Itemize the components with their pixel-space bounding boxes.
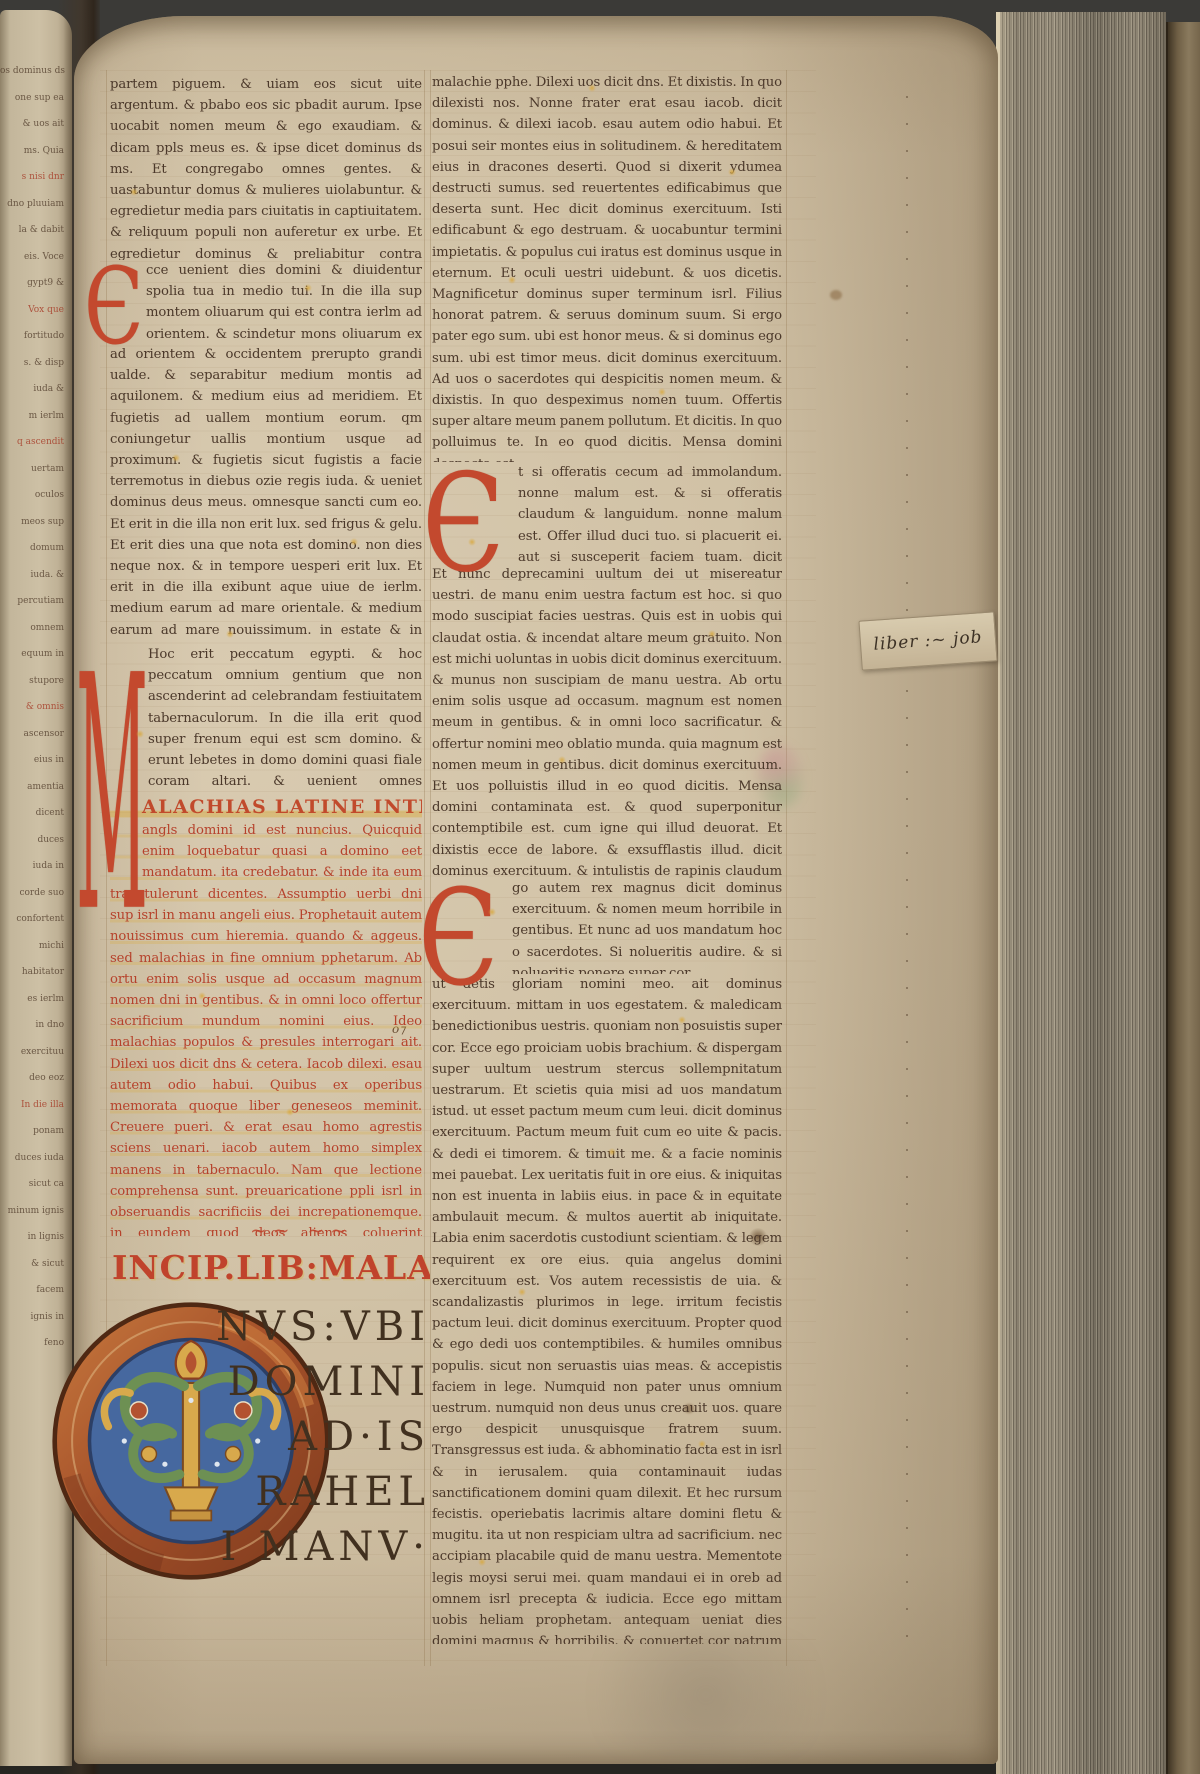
body-text: ut detis gloriam nomini meo. ait dominus…: [432, 974, 782, 1644]
manuscript-photo: os dominus dsone sup ea& uos aitms. Quia…: [0, 0, 1200, 1774]
display-line: RAHEL: [110, 1465, 430, 1520]
rubric-squiggle: ~~ ~~: [250, 1220, 353, 1241]
drop-cap-e: Є: [418, 872, 498, 1004]
body-text: Hoc erit peccatum egypti. & hoc peccatum…: [110, 644, 422, 794]
drop-cap-e: Є: [84, 254, 144, 360]
display-line: NVS:VBI: [110, 1300, 430, 1355]
incipit-title: INCIP.LIB:MALACHIE.: [112, 1246, 430, 1290]
rubric-heading: ALACHIAS LATINE INTERPRETATUR: [110, 794, 422, 820]
book-fore-edge: [998, 12, 1166, 1774]
drop-cap-m: M: [76, 634, 148, 957]
pricking-marks: [906, 96, 908, 1644]
body-text: ad orientem & occidentem prerupto grandi…: [110, 344, 422, 644]
index-tab: liber :~ job: [858, 611, 997, 670]
body-text-run: ut detis gloriam nomini meo. ait dominus…: [432, 977, 782, 1644]
left-text-column: partem piguem. & uiam eos sicut uite arg…: [110, 74, 422, 1658]
book-cover-board: [1166, 22, 1200, 1774]
rubric-text: transtulerunt dicentes. Assumptio uerbi …: [110, 884, 422, 1236]
body-text: cce uenient dies domini & diuidentur spo…: [110, 260, 422, 344]
right-text-column: malachie pphe. Dilexi uos dicit dns. Et …: [432, 72, 782, 1644]
body-text: malachie pphe. Dilexi uos dicit dns. Et …: [432, 72, 782, 462]
opening-display-text: NVS:VBI DOMINI AD·IS RAHEL I MANV·: [110, 1300, 430, 1575]
drop-cap-e: Є: [422, 456, 505, 591]
body-text: partem piguem. & uiam eos sicut uite arg…: [110, 74, 422, 260]
display-line: AD·IS: [110, 1410, 430, 1465]
display-line: I MANV·: [110, 1520, 430, 1575]
rubric-text: angls domini id est nuncius. Quicquid en…: [110, 820, 422, 884]
body-text: Et nunc deprecamini uultum dei ut misere…: [432, 564, 782, 878]
display-line: DOMINI: [110, 1355, 430, 1410]
